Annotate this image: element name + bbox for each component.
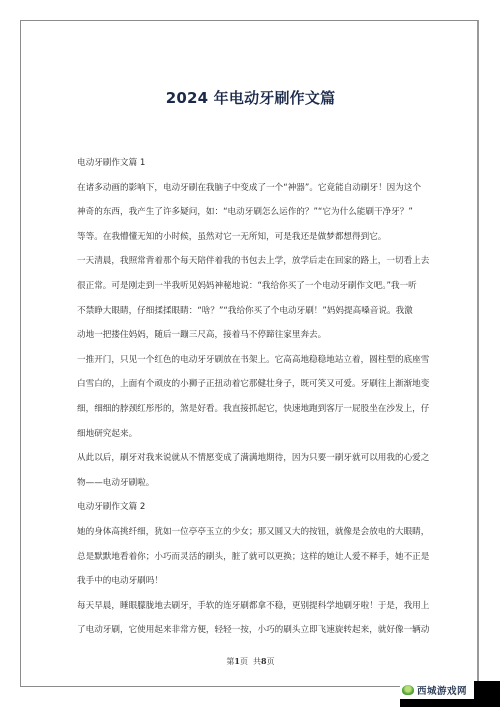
text-line: 白雪白的，上面有个顽皮的小狮子正扭动着它那健壮身子，既可笑又可爱。牙刷往上渐渐地… [77,372,475,397]
section-heading: 电动牙刷作文篇 1 [77,151,475,176]
text-line: 她的身体高挑纤细，犹如一位亭亭玉立的少女；那又圆又大的按钮，就像是会放电的大眼睛… [77,520,475,545]
document-title: 2024 年电动牙刷作文篇 [21,87,480,108]
document-page: 2024 年电动牙刷作文篇 电动牙刷作文篇 1 在诸多动画的影响下，电动牙刷在我… [20,20,479,687]
text-line: 总是默默地看着你；小巧而灵活的刷头，脏了就可以更换；这样的她让人爱不释手，她不正… [77,545,475,570]
text-line: 从此以后，刷牙对我来说就从不情愿变成了满满地期待，因为只要一刷牙就可以用我的心爱… [77,446,475,471]
text-line: 一推开门，只见一个红色的电动牙牙刷放在书架上。它高高地稳稳地站立着，圆柱型的底座… [77,348,475,373]
text-line: 物——电动牙刷啦。 [77,471,475,496]
page-footer: 第1页 共8页 [21,656,480,667]
text-line: 我手中的电动牙刷吗！ [77,569,475,594]
text-line: 神奇的东西，我产生了许多疑问，如：“电动牙刷怎么运作的？”“它为什么能刷干净牙？… [77,200,475,225]
text-line: 了电动牙刷，它使用起来非常方便，轻轻一按，小巧的刷头立即飞速旋转起来，就好像一辆… [77,618,475,643]
text-line: 动地一把搂住妈妈，随后一蹦三尺高，接着马不停蹄往家里奔去。 [77,323,475,348]
text-line: 等等。在我懵懂无知的小时候，虽然对它一无所知，可是我还是做梦都想得到它。 [77,225,475,250]
text-line: 每天早晨，睡眼朦胧地去刷牙，手软的连牙刷都拿不稳，更别提科学地刷牙啦！于是，我用… [77,594,475,619]
text-line: 细，细细的脖颈红彤彤的，煞是好看。我直接抓起它，快速地跑到客厅一屁股坐在沙发上，… [77,397,475,422]
text-line: 很正常。可是刚走到一半我听见妈妈神秘地说：“我给你买了一个电动牙刷作文吧。”我一… [77,274,475,299]
watermark-badge: 西城游戏网 [400,681,474,699]
leaf-logo-icon [402,685,414,695]
text-line: 一天清晨，我照常背着那个每天陪伴着我的书包去上学，放学后走在回家的路上，一切看上… [77,249,475,274]
section-heading: 电动牙刷作文篇 2 [77,495,475,520]
text-line: 细地研究起来。 [77,422,475,447]
text-line: 不禁睁大眼睛，仔细揉揉眼睛：“啥？”“我给你买了个电动牙刷！”妈妈提高嗓音说。我… [77,299,475,324]
document-body: 电动牙刷作文篇 1 在诸多动画的影响下，电动牙刷在我脑子中变成了一个“神器”。它… [77,151,475,643]
site-watermark: 西城游戏网 [400,681,500,707]
watermark-text: 西城游戏网 [417,683,467,697]
text-line: 在诸多动画的影响下，电动牙刷在我脑子中变成了一个“神器”。它竟能自动刷牙！因为这… [77,176,475,201]
